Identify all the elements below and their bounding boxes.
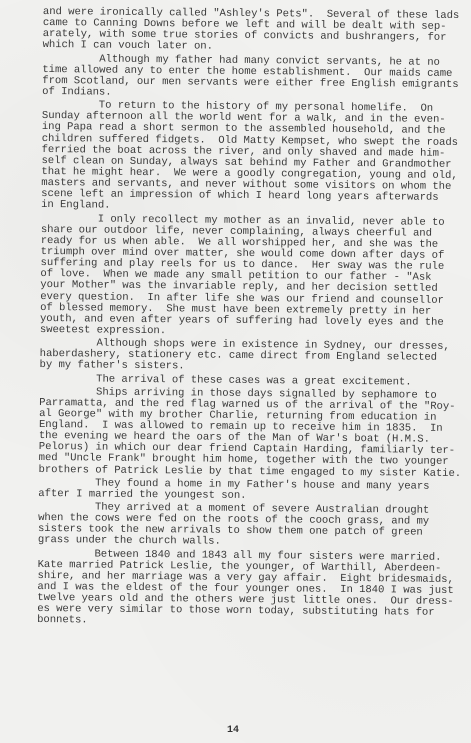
paragraph: Although my father had many convict serv… — [42, 54, 471, 103]
paragraph: Ships arriving in those days signalled b… — [39, 387, 470, 480]
paragraph: and were ironically called "Ashley's Pet… — [43, 7, 471, 56]
paragraph: To return to the history of my personal … — [41, 100, 471, 216]
paragraph: I only recollect my mother as an invalid… — [40, 214, 471, 341]
paragraph: Although shops were in existence in Sydn… — [40, 338, 470, 376]
paragraph: Between 1840 and 1843 all my four sister… — [37, 549, 468, 631]
paragraph: They arrived at a moment of severe Austr… — [38, 502, 468, 551]
page-number: 14 — [227, 725, 239, 736]
body-text: and were ironically called "Ashley's Pet… — [37, 7, 471, 631]
scanned-page: and were ironically called "Ashley's Pet… — [0, 0, 471, 743]
paragraph: They found a home in my Father's house a… — [38, 478, 468, 504]
